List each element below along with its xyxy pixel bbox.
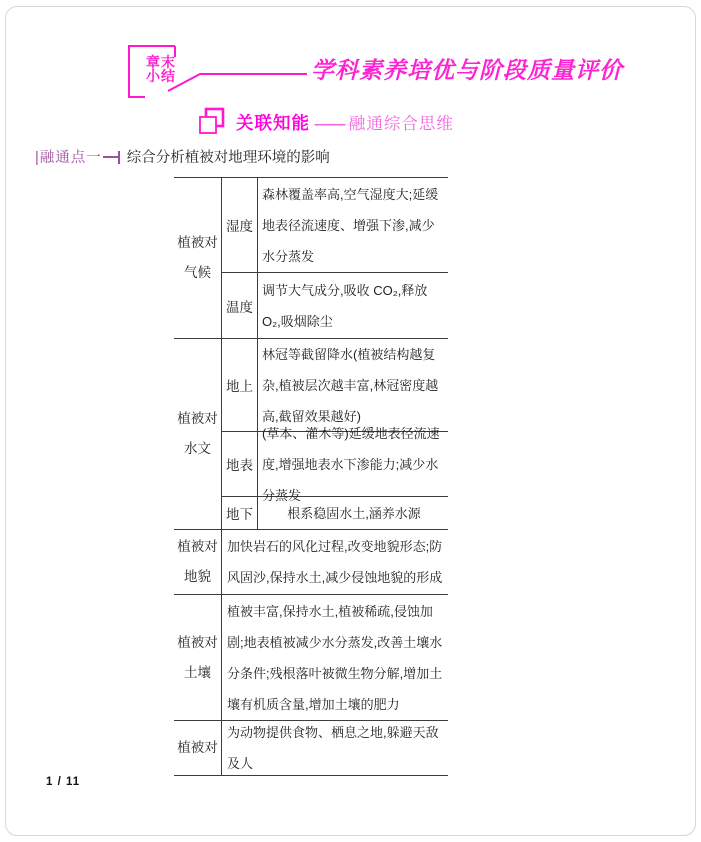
topic-tag: |融通点一	[35, 146, 102, 167]
banner-script-title: 学科素养培优与阶段质量评价	[311, 56, 561, 86]
table-row: 地表 (草本、灌木等)延缓地表径流速度,增强地表水下渗能力;减少水分蒸发	[222, 432, 448, 497]
row-text: 植被丰富,保持水土,植被稀疏,侵蚀加剧;地表植被减少水分蒸发,改善土壤水分条件;…	[222, 595, 448, 720]
page-number: 1 / 11	[46, 776, 80, 788]
topic-line: |融通点一 综合分析植被对地理环境的影响	[35, 146, 330, 167]
table-row: 温度 调节大气成分,吸收 CO₂,释放 O₂,吸烟除尘	[222, 273, 448, 338]
section-dash: ——	[314, 116, 344, 133]
row-text: (草本、灌木等)延缓地表径流速度,增强地表水下渗能力;减少水分蒸发	[258, 432, 448, 496]
row-text: 森林覆盖率高,空气湿度大;延缓地表径流速度、增强下渗,减少水分蒸发	[258, 178, 448, 272]
row-text: 加快岩石的风化过程,改变地貌形态;防风固沙,保持水土,减少侵蚀地貌的形成	[222, 530, 448, 594]
group-label-line2: 地貌	[184, 562, 211, 592]
row-text: 根系稳固水土,涵养水源	[258, 497, 448, 529]
row-text: 为动物提供食物、栖息之地,躲避天敌及人	[222, 721, 448, 775]
emblem-line1: 章末	[141, 55, 181, 69]
table-group-landform: 植被对 地貌 加快岩石的风化过程,改变地貌形态;防风固沙,保持水土,减少侵蚀地貌…	[174, 530, 448, 595]
group-label-line1: 植被对	[177, 733, 218, 763]
overlapping-squares-icon	[197, 106, 229, 140]
row-subject: 地下	[222, 497, 258, 529]
section-title: 关联知能	[236, 113, 310, 133]
row-subject: 湿度	[222, 178, 258, 272]
table-row: 地下 根系稳固水土,涵养水源	[222, 497, 448, 529]
group-label: 植被对 水文	[174, 339, 222, 529]
table-row: 湿度 森林覆盖率高,空气湿度大;延缓地表径流速度、增强下渗,减少水分蒸发	[222, 178, 448, 273]
row-text: 调节大气成分,吸收 CO₂,释放 O₂,吸烟除尘	[258, 273, 448, 338]
group-label: 植被对 土壤	[174, 595, 222, 720]
group-label: 植被对 气候	[174, 178, 222, 338]
table-group-climate: 植被对 气候 湿度 森林覆盖率高,空气湿度大;延缓地表径流速度、增强下渗,减少水…	[174, 178, 448, 339]
document-page: { "header": { "emblem": { "line1": "章末",…	[0, 0, 701, 842]
group-label-line1: 植被对	[177, 228, 218, 258]
row-subject: 地上	[222, 339, 258, 431]
group-label: 植被对	[174, 721, 222, 775]
group-label-line2: 水文	[184, 434, 211, 464]
table-group-animals: 植被对 为动物提供食物、栖息之地,躲避天敌及人	[174, 721, 448, 776]
section-heading: 关联知能 —— 融通综合思维	[236, 110, 454, 135]
table-group-hydrology: 植被对 水文 地上 林冠等截留降水(植被结构越复杂,植被层次越丰富,林冠密度越高…	[174, 339, 448, 530]
topic-title: 综合分析植被对地理环境的影响	[127, 146, 330, 167]
group-label-line2: 土壤	[184, 658, 211, 688]
vegetation-impact-table: 植被对 气候 湿度 森林覆盖率高,空气湿度大;延缓地表径流速度、增强下渗,减少水…	[174, 177, 448, 776]
group-label-line2: 气候	[184, 258, 211, 288]
emblem-line2: 小结	[141, 69, 181, 83]
group-label-line1: 植被对	[177, 404, 218, 434]
group-label-line1: 植被对	[177, 532, 218, 562]
chapter-summary-emblem: 章末 小结	[141, 55, 181, 83]
row-subject: 地表	[222, 432, 258, 496]
group-label-line1: 植被对	[177, 628, 218, 658]
group-label: 植被对 地貌	[174, 530, 222, 594]
section-subtitle: 融通综合思维	[349, 115, 454, 133]
table-group-soil: 植被对 土壤 植被丰富,保持水土,植被稀疏,侵蚀加剧;地表植被减少水分蒸发,改善…	[174, 595, 448, 721]
tag-bracket-icon	[103, 149, 120, 164]
row-subject: 温度	[222, 273, 258, 338]
